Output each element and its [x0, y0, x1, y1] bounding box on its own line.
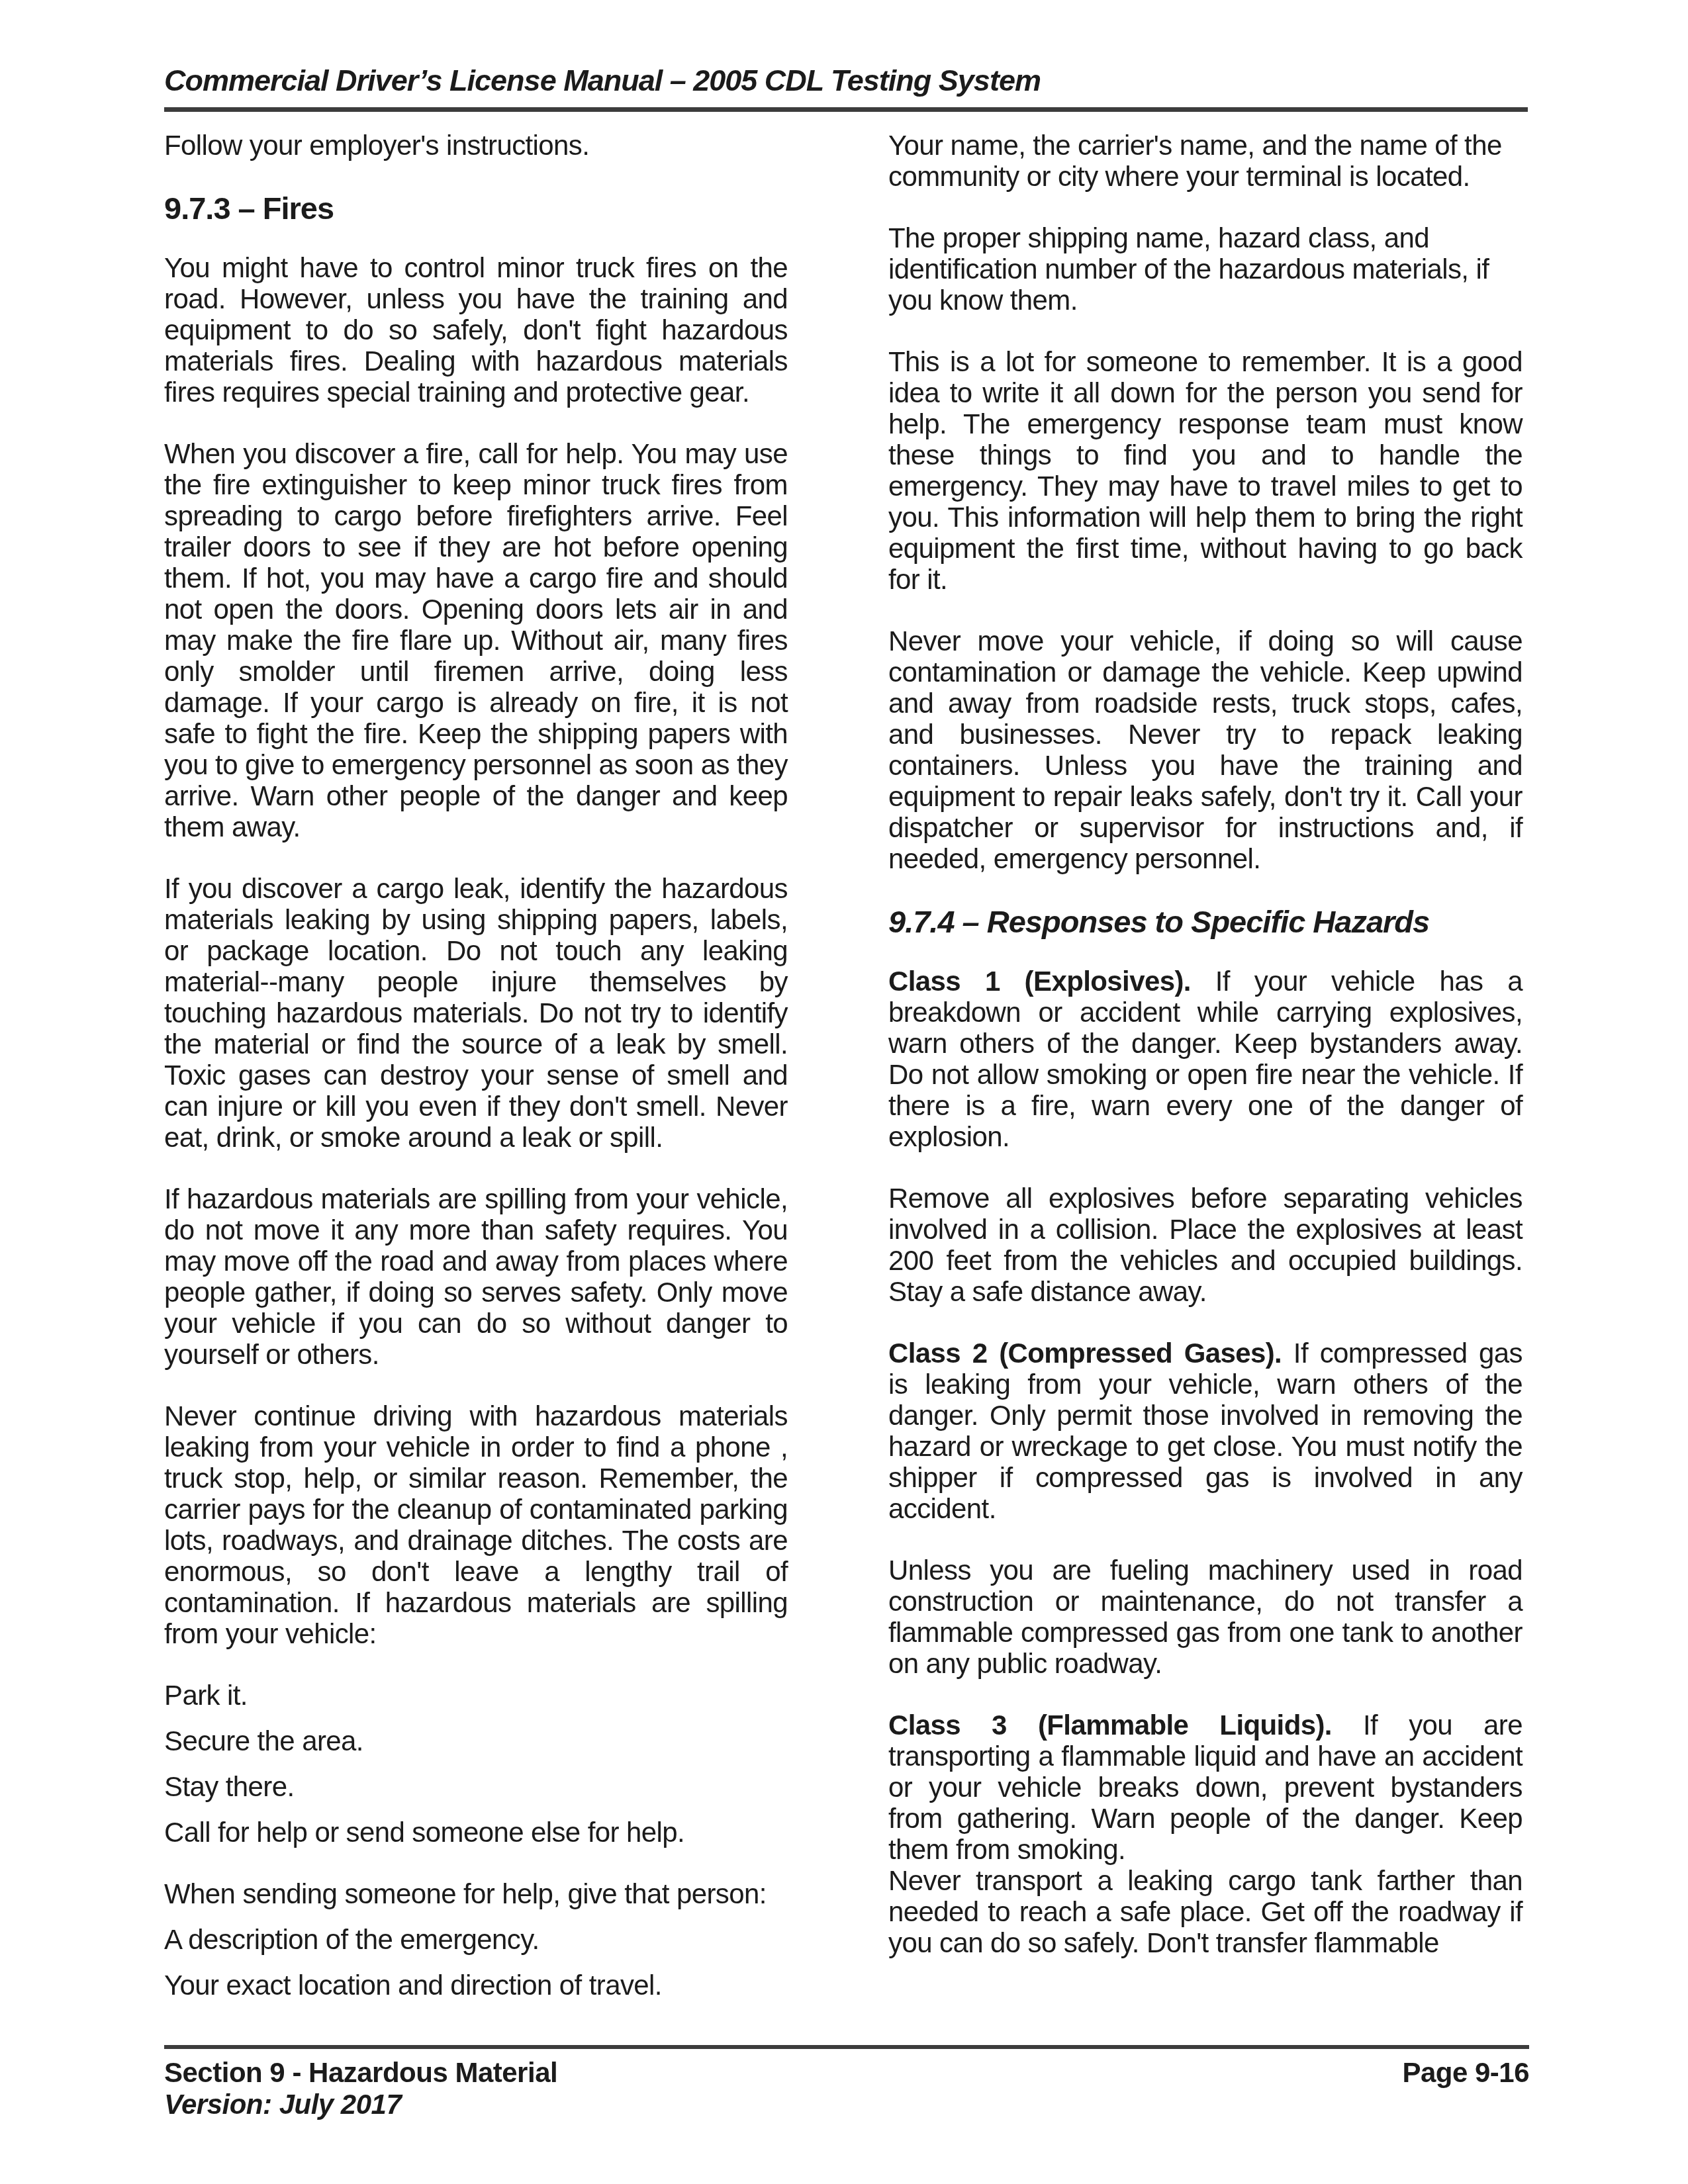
- paragraph: The proper shipping name, hazard class, …: [888, 222, 1523, 316]
- text-run: Never move your vehicle, if doing so wil…: [888, 625, 1523, 874]
- paragraph: Remove all explosives before separating …: [888, 1183, 1523, 1307]
- paragraph: Park it.: [164, 1680, 788, 1711]
- footer-version: Version: July 2017: [164, 2089, 1529, 2120]
- paragraph: Your exact location and direction of tra…: [164, 1970, 788, 2001]
- text-run: If hazardous materials are spilling from…: [164, 1183, 788, 1370]
- paragraph: Stay there.: [164, 1771, 788, 1802]
- section-heading: 9.7.3 – Fires: [164, 191, 788, 226]
- page-header: Commercial Driver’s License Manual – 200…: [164, 64, 1528, 112]
- paragraph: Call for help or send someone else for h…: [164, 1817, 788, 1848]
- paragraph: Your name, the carrier's name, and the n…: [888, 130, 1523, 192]
- paragraph: Never move your vehicle, if doing so wil…: [888, 625, 1523, 874]
- page-footer: Section 9 - Hazardous Material Page 9-16…: [164, 2045, 1529, 2120]
- right-column: Your name, the carrier's name, and the n…: [888, 130, 1523, 2015]
- paragraph: If you discover a cargo leak, identify t…: [164, 873, 788, 1153]
- header-title: Commercial Driver’s License Manual – 200…: [164, 64, 1528, 98]
- paragraph: Class 1 (Explosives). If your vehicle ha…: [888, 966, 1523, 1152]
- paragraph: Unless you are fueling machinery used in…: [888, 1555, 1523, 1679]
- paragraph: A description of the emergency.: [164, 1924, 788, 1955]
- paragraph: If hazardous materials are spilling from…: [164, 1183, 788, 1370]
- text-run: Your exact location and direction of tra…: [164, 1970, 662, 2001]
- left-column: Follow your employer's instructions.9.7.…: [164, 130, 788, 2015]
- text-run: If you discover a cargo leak, identify t…: [164, 873, 788, 1153]
- text-run: Never transport a leaking cargo tank far…: [888, 1865, 1523, 1958]
- text-run: A description of the emergency.: [164, 1924, 539, 1955]
- paragraph: You might have to control minor truck fi…: [164, 252, 788, 408]
- bold-text-run: Class 3 (Flammable Liquids).: [888, 1709, 1332, 1741]
- paragraph: Never continue driving with hazardous ma…: [164, 1400, 788, 1649]
- paragraph: Follow your employer's instructions.: [164, 130, 788, 161]
- footer-row: Section 9 - Hazardous Material Page 9-16: [164, 2057, 1529, 2089]
- text-run: When you discover a fire, call for help.…: [164, 438, 788, 842]
- paragraph: Class 2 (Compressed Gases). If compresse…: [888, 1338, 1523, 1524]
- text-run: When sending someone for help, give that…: [164, 1878, 767, 1909]
- footer-divider: [164, 2045, 1529, 2049]
- page-body: Follow your employer's instructions.9.7.…: [164, 130, 1523, 2015]
- text-run: Never continue driving with hazardous ma…: [164, 1400, 788, 1649]
- paragraph: Class 3 (Flammable Liquids). If you are …: [888, 1709, 1523, 1865]
- paragraph: Never transport a leaking cargo tank far…: [888, 1865, 1523, 1958]
- bold-text-run: 9.7.4 – Responses to Specific Hazards: [888, 904, 1429, 939]
- text-run: This is a lot for someone to remember. I…: [888, 346, 1523, 595]
- paragraph: When you discover a fire, call for help.…: [164, 438, 788, 842]
- text-run: You might have to control minor truck fi…: [164, 252, 788, 408]
- document-page: Commercial Driver’s License Manual – 200…: [0, 0, 1688, 2184]
- text-run: Call for help or send someone else for h…: [164, 1817, 684, 1848]
- bold-text-run: 9.7.3 – Fires: [164, 191, 334, 226]
- paragraph: This is a lot for someone to remember. I…: [888, 346, 1523, 595]
- text-run: Remove all explosives before separating …: [888, 1183, 1523, 1307]
- text-run: Follow your employer's instructions.: [164, 130, 589, 161]
- text-run: Your name, the carrier's name, and the n…: [888, 130, 1502, 192]
- bold-text-run: Class 1 (Explosives).: [888, 966, 1191, 997]
- text-run: Park it.: [164, 1680, 248, 1711]
- footer-section-label: Section 9 - Hazardous Material: [164, 2057, 557, 2089]
- footer-page-number: Page 9-16: [1402, 2057, 1529, 2089]
- paragraph: Secure the area.: [164, 1725, 788, 1756]
- section-heading: 9.7.4 – Responses to Specific Hazards: [888, 905, 1523, 939]
- bold-text-run: Class 2 (Compressed Gases).: [888, 1338, 1282, 1369]
- text-run: The proper shipping name, hazard class, …: [888, 222, 1489, 316]
- text-run: Secure the area.: [164, 1725, 363, 1756]
- text-run: Unless you are fueling machinery used in…: [888, 1555, 1523, 1679]
- text-run: Stay there.: [164, 1771, 295, 1802]
- paragraph: When sending someone for help, give that…: [164, 1878, 788, 1909]
